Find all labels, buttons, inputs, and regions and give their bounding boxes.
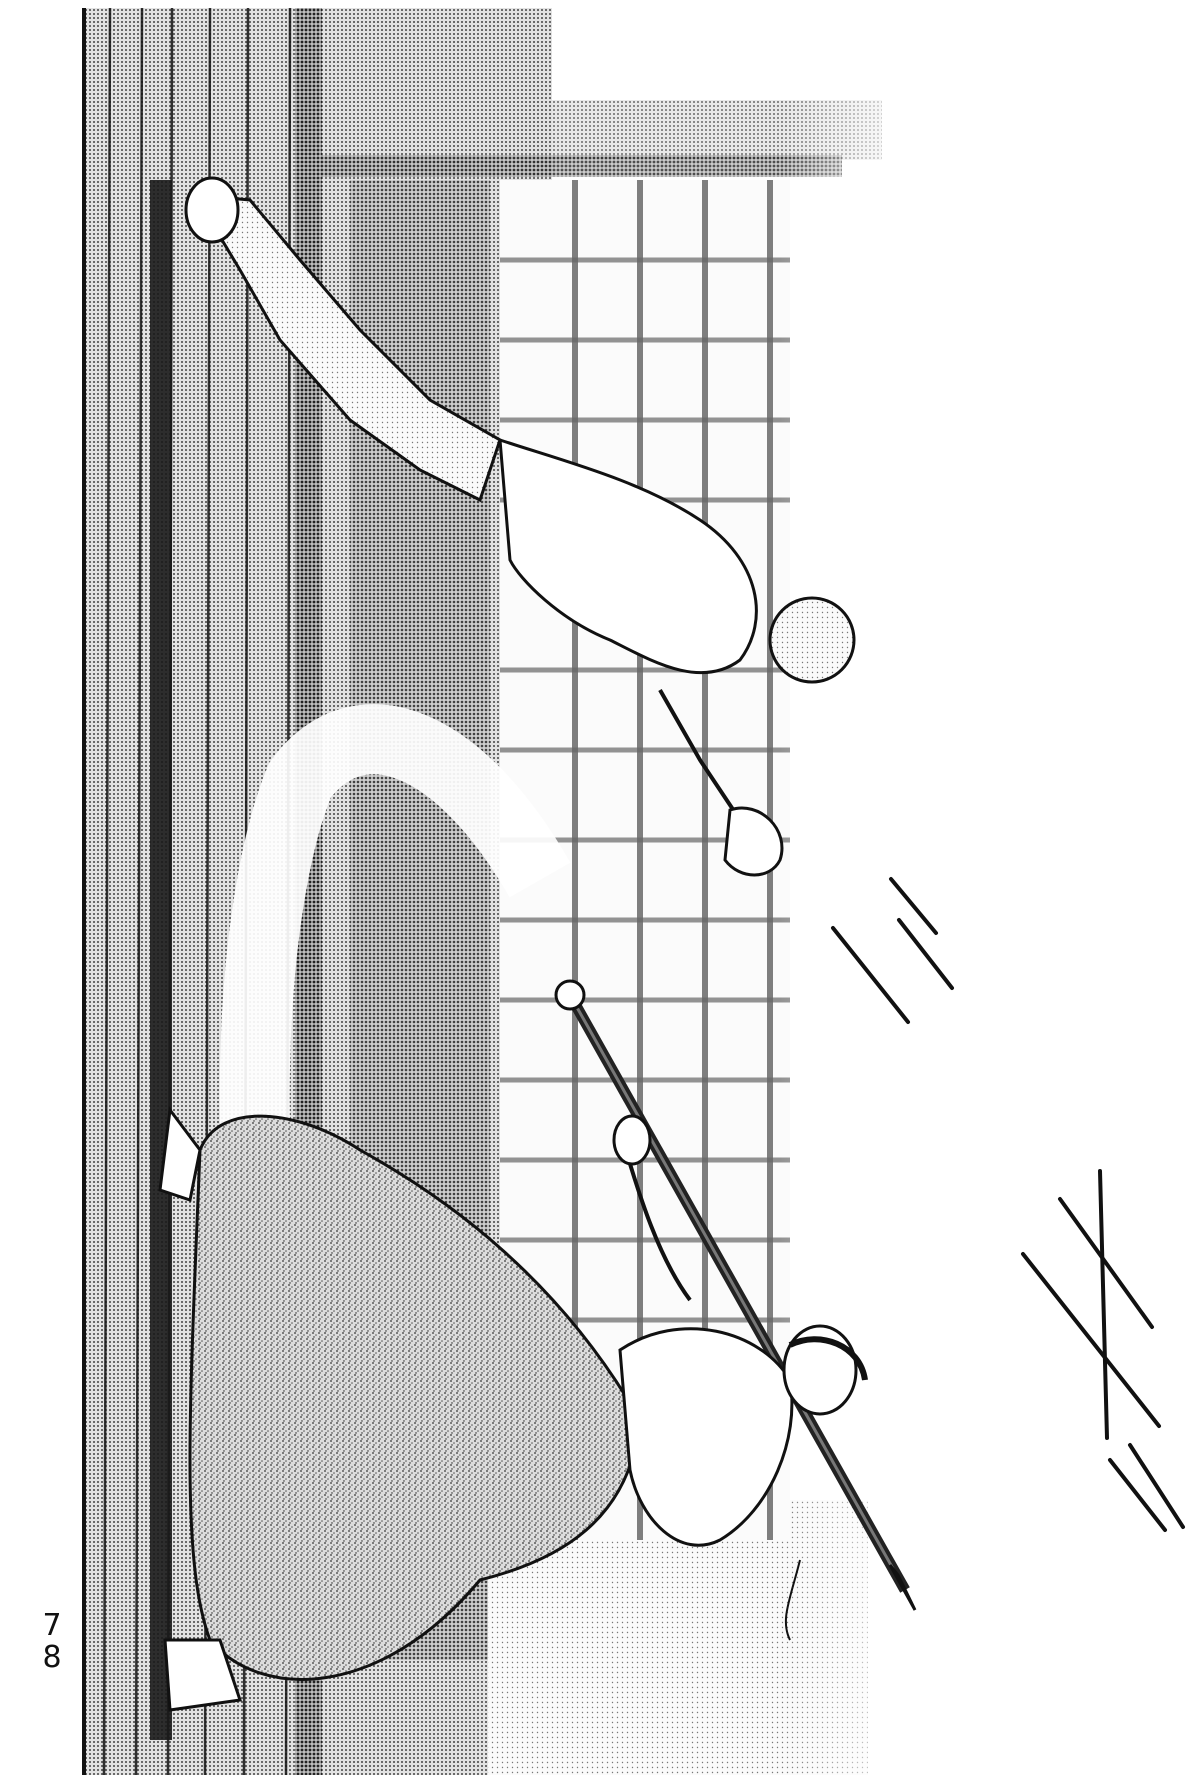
panel-artwork (0, 0, 1200, 1775)
page-number-digit: 7 (40, 1610, 64, 1642)
page-number: 7 8 (40, 1610, 64, 1674)
page-number-digit: 8 (40, 1642, 64, 1674)
manga-panel (0, 0, 1200, 1775)
sfx-slash-large (1023, 1171, 1183, 1530)
